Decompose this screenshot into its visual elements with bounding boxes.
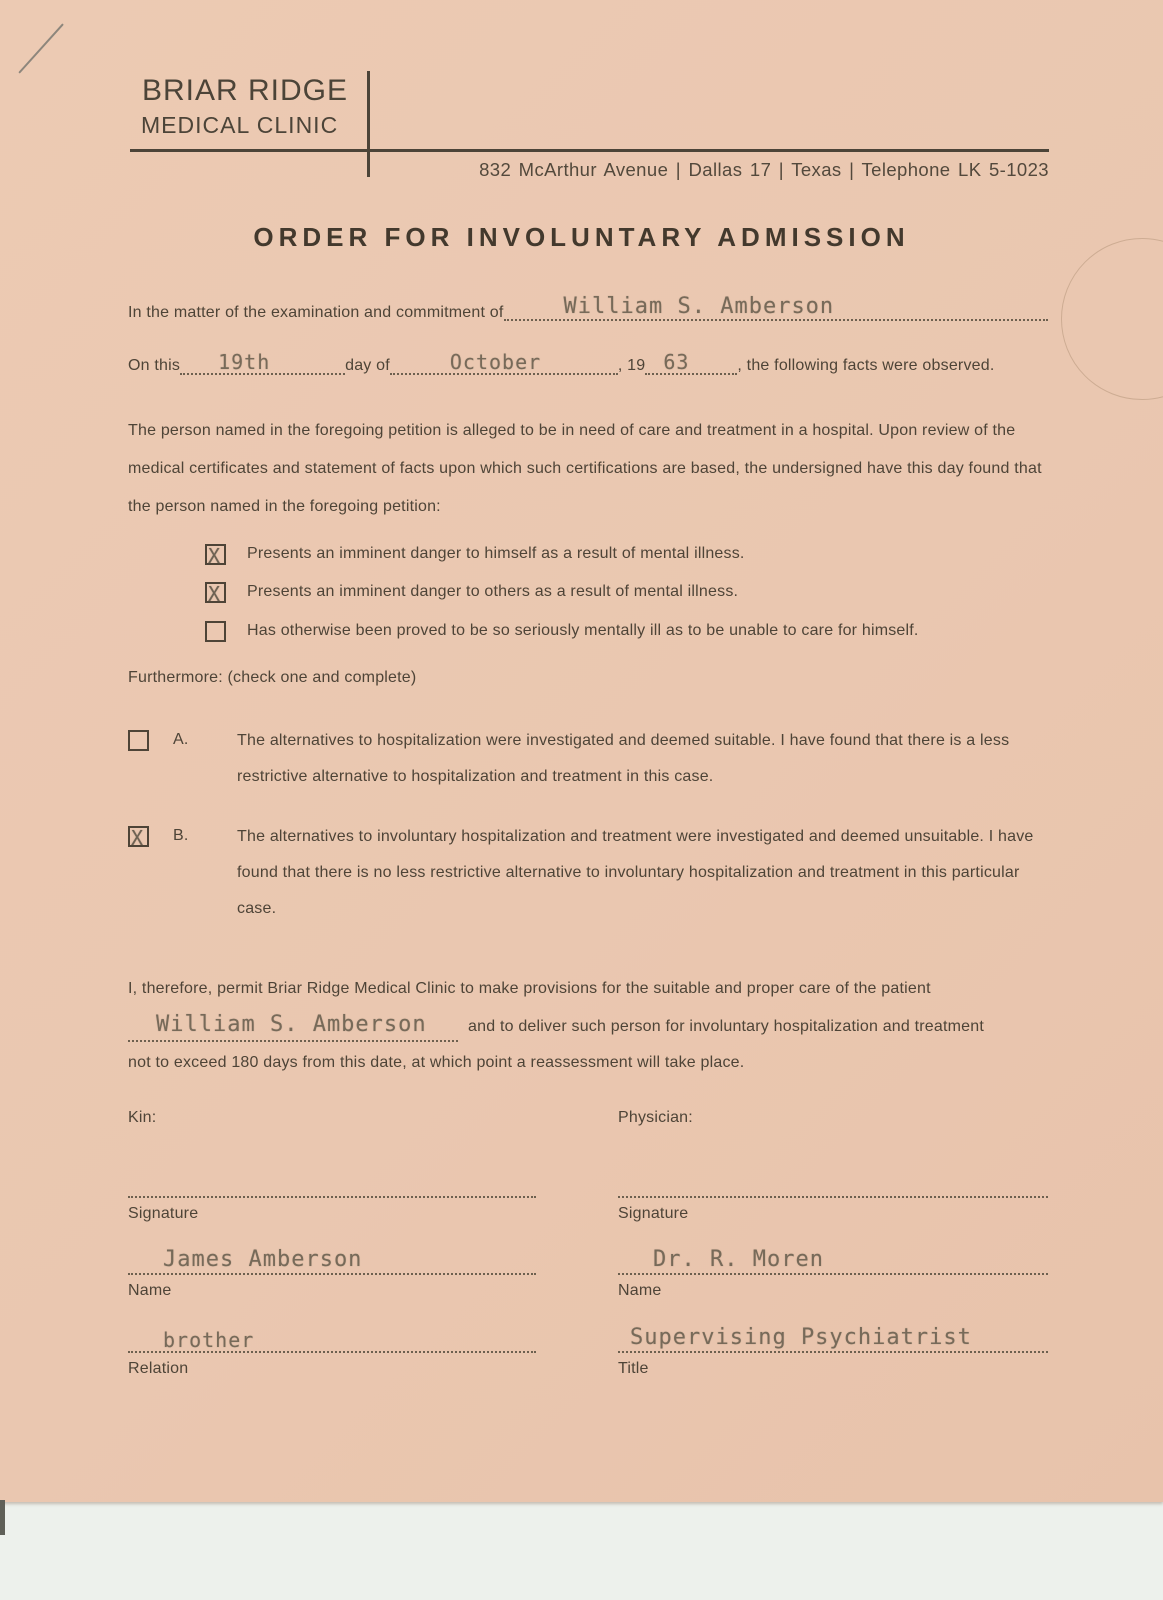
letterhead-vertical-rule xyxy=(367,71,370,177)
closing-line3: not to exceed 180 days from this date, a… xyxy=(128,1045,1048,1081)
kin-signature-column: Kin: Signature James Amberson Name broth… xyxy=(128,1107,536,1380)
kin-name-value: James Amberson xyxy=(163,1245,362,1276)
patient-name-value: William S. Amberson xyxy=(564,292,835,323)
physician-signature-column: Physician: Signature Dr. R. Moren Name S… xyxy=(618,1107,1048,1380)
option-a-letter: A. xyxy=(173,729,237,751)
closing-line1: I, therefore, permit Briar Ridge Medical… xyxy=(128,971,1048,1007)
day-dotted-line: 19th xyxy=(180,359,345,375)
furthermore-label: Furthermore: (check one and complete) xyxy=(128,667,1048,689)
kin-name-line: James Amberson xyxy=(128,1239,536,1275)
checklist-item-danger-self: X Presents an imminent danger to himself… xyxy=(205,543,1048,565)
kin-signature-line xyxy=(128,1182,536,1198)
scanner-edge-mark xyxy=(0,1500,5,1535)
checkbox-icon: X xyxy=(205,582,226,603)
petition-paragraph: The person named in the foregoing petiti… xyxy=(128,412,1048,526)
x-mark: X xyxy=(208,580,220,608)
scanned-document-page: { "colors": { "paper": "#eac7b0", "scann… xyxy=(0,0,1163,1600)
date-field-row: On this 19th day of October , 19 63 , th… xyxy=(128,355,1048,377)
form-paper: BRIAR RIDGE MEDICAL CLINIC 832 McArthur … xyxy=(0,0,1163,1502)
matter-label: In the matter of the examination and com… xyxy=(128,302,504,324)
date-prefix-label: On this xyxy=(128,355,180,377)
kin-relation-value: brother xyxy=(163,1326,254,1354)
clinic-name-line1: BRIAR RIDGE xyxy=(142,74,348,108)
physician-signature-line xyxy=(618,1182,1048,1198)
matter-dotted-line: William S. Amberson xyxy=(504,305,1048,321)
kin-relation-line: brother xyxy=(128,1317,536,1353)
physician-name-label: Name xyxy=(618,1280,1048,1302)
option-b-row: X B. The alternatives to involuntary hos… xyxy=(128,825,1048,927)
form-body: In the matter of the examination and com… xyxy=(128,285,1048,1380)
letterhead-horizontal-rule xyxy=(130,149,1049,152)
year-dotted-line: 63 xyxy=(645,359,737,375)
checkbox-icon: X xyxy=(128,826,149,847)
signature-section: Kin: Signature James Amberson Name broth… xyxy=(128,1107,1048,1380)
physician-name-line: Dr. R. Moren xyxy=(618,1239,1048,1275)
closing-patient-row: William S. Amberson and to deliver such … xyxy=(128,1009,1048,1045)
month-value: October xyxy=(450,348,541,376)
checkbox-icon xyxy=(128,730,149,751)
physician-title-label: Title xyxy=(618,1358,1048,1380)
clinic-name-line2: MEDICAL CLINIC xyxy=(141,112,338,139)
year-value: 63 xyxy=(663,348,689,376)
date-suffix-label: , the following facts were observed. xyxy=(737,355,994,377)
checklist-item-unable-care: Has otherwise been proved to be so serio… xyxy=(205,620,1048,642)
closing-patient-dotted-line: William S. Amberson xyxy=(128,1026,458,1042)
closing-line2-tail: and to deliver such person for involunta… xyxy=(468,1009,984,1045)
checklist-item-label: Presents an imminent danger to others as… xyxy=(247,581,738,603)
pencil-scratch-mark xyxy=(18,23,64,73)
clinic-address: 832 McArthur Avenue | Dallas 17 | Texas … xyxy=(479,159,1049,181)
physician-title-value: Supervising Psychiatrist xyxy=(630,1323,972,1354)
physician-name-value: Dr. R. Moren xyxy=(653,1245,824,1276)
physician-heading: Physician: xyxy=(618,1107,1048,1129)
physician-signature-label: Signature xyxy=(618,1203,1048,1225)
kin-signature-label: Signature xyxy=(128,1203,536,1225)
month-dotted-line: October xyxy=(390,359,618,375)
option-b-letter: B. xyxy=(173,825,237,847)
physician-title-line: Supervising Psychiatrist xyxy=(618,1317,1048,1353)
kin-heading: Kin: xyxy=(128,1107,536,1129)
kin-relation-label: Relation xyxy=(128,1358,536,1380)
matter-field-row: In the matter of the examination and com… xyxy=(128,302,1048,324)
x-mark: X xyxy=(131,824,143,852)
checkbox-icon xyxy=(205,621,226,642)
checklist-item-danger-others: X Presents an imminent danger to others … xyxy=(205,581,1048,603)
year-prefix-label: , 19 xyxy=(618,355,646,377)
option-b-text: The alternatives to involuntary hospital… xyxy=(237,819,1048,927)
closing-paragraph: I, therefore, permit Briar Ridge Medical… xyxy=(128,971,1048,1081)
x-mark: X xyxy=(208,542,220,570)
kin-name-label: Name xyxy=(128,1280,536,1302)
closing-patient-name: William S. Amberson xyxy=(156,1007,427,1043)
faint-arc-scan-artifact xyxy=(1061,238,1163,400)
findings-checklist: X Presents an imminent danger to himself… xyxy=(128,543,1048,642)
option-a-row: A. The alternatives to hospitalization w… xyxy=(128,729,1048,795)
option-a-text: The alternatives to hospitalization were… xyxy=(237,723,1048,795)
checkbox-icon: X xyxy=(205,544,226,565)
checklist-item-label: Has otherwise been proved to be so serio… xyxy=(247,620,919,642)
page-title: ORDER FOR INVOLUNTARY ADMISSION xyxy=(0,222,1163,253)
date-mid-label: day of xyxy=(345,355,390,377)
checklist-item-label: Presents an imminent danger to himself a… xyxy=(247,543,745,565)
day-value: 19th xyxy=(218,348,270,376)
